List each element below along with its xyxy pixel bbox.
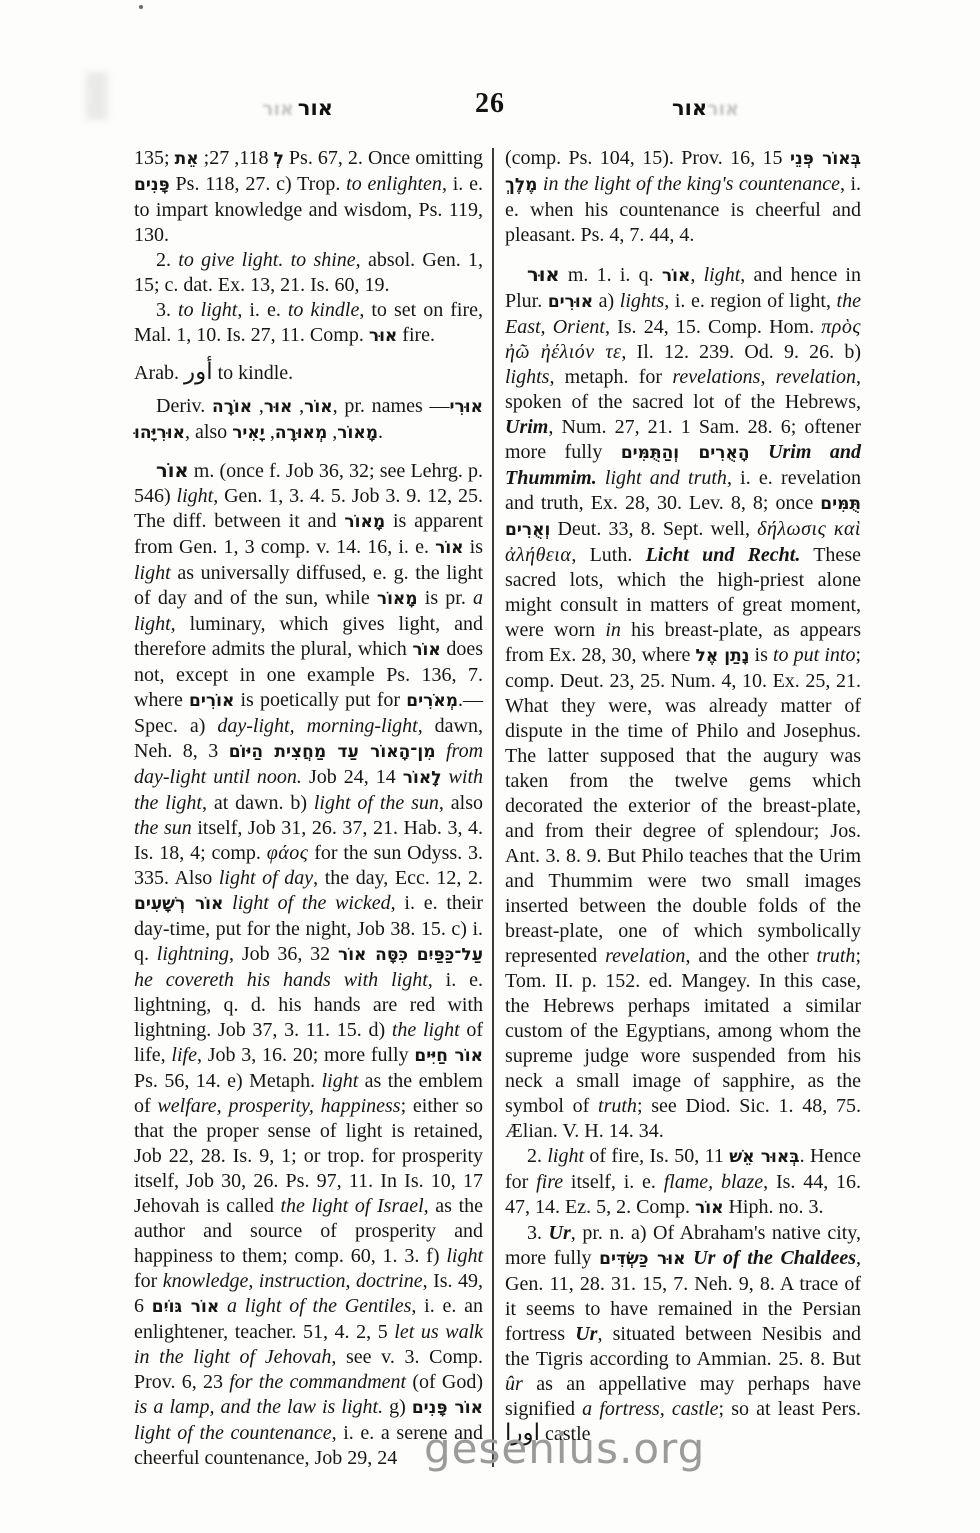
hebrew-headword-text: אור xyxy=(672,96,707,120)
dictionary-body: 135; לְ 118, 27; אֵת Ps. 67, 2. Once omi… xyxy=(134,146,862,1471)
hebrew-text: אוֹר xyxy=(662,266,690,286)
italic-text: light xyxy=(704,264,741,286)
hebrew-text: אוּר כַּשְׂדִּים xyxy=(599,1249,685,1269)
body-text: — xyxy=(430,395,450,417)
italic-text: lightning xyxy=(157,943,229,965)
arabic-text: أور xyxy=(184,359,213,385)
italic-text: light xyxy=(446,1245,483,1267)
hebrew-text: אֵת xyxy=(175,149,199,169)
body-text: 2. xyxy=(156,249,178,271)
body-text: 3. xyxy=(156,299,178,321)
italic-text: to put into xyxy=(773,644,855,666)
italic-text: the light of Israel xyxy=(280,1195,423,1217)
column-divider-rule xyxy=(492,148,494,1467)
hebrew-text: מָאוֹר xyxy=(337,423,378,443)
body-text xyxy=(750,441,768,463)
italic-text: light of day xyxy=(219,867,313,889)
dictionary-paragraph: 3. Ur, pr. n. a) Of Abraham's native cit… xyxy=(505,1221,861,1447)
body-text: ; Tom. II. p. 152. ed. Mangey. In this c… xyxy=(505,945,861,1117)
hebrew-text: מְאוּרָה xyxy=(275,423,327,443)
italic-text: is a lamp, and the law is light. xyxy=(134,1396,383,1418)
body-text: 118, 27; xyxy=(199,147,274,169)
dictionary-paragraph: (comp. Ps. 104, 15). Prov. 16, 15 בְּאוֹ… xyxy=(505,146,861,248)
hebrew-text: בְּאוּר אֵשׁ xyxy=(729,1147,799,1167)
hebrew-text: אוּר xyxy=(369,326,397,346)
italic-text: to light xyxy=(178,299,237,321)
column-right: (comp. Ps. 104, 15). Prov. 16, 15 בְּאוֹ… xyxy=(505,146,861,1471)
scan-artifact-dot xyxy=(139,5,143,9)
hebrew-text: פָּנִים xyxy=(134,175,170,195)
body-text: , xyxy=(265,421,275,443)
hebrew-text: אוּרִי xyxy=(450,397,483,417)
body-text: is xyxy=(749,644,773,666)
body-text: , also xyxy=(439,792,483,814)
dictionary-paragraph: אוּר m. 1. i. q. אוֹר, light, and hence … xyxy=(505,262,861,1144)
italic-text: lights xyxy=(505,366,549,388)
body-text: Job 24, 14 xyxy=(302,766,403,788)
italic-text: life xyxy=(171,1044,197,1066)
italic-text: to give light. to shine xyxy=(178,249,355,271)
italic-text: in xyxy=(605,619,621,641)
greek-text: φάος xyxy=(267,842,309,864)
body-text xyxy=(219,1295,227,1317)
bold-italic-text: Licht und Recht. xyxy=(646,544,801,566)
body-text: , i. e. region of light, xyxy=(664,290,836,312)
body-text: , xyxy=(690,264,703,286)
body-text: , i. e. xyxy=(237,299,288,321)
hebrew-text: לָאוֹר xyxy=(403,768,442,788)
body-text xyxy=(685,1247,693,1269)
body-text: , xyxy=(292,395,304,417)
body-text: , pr. names xyxy=(333,395,430,417)
hebrew-text: לְ xyxy=(274,149,284,169)
body-text: Deut. 33, 8. Sept. well, xyxy=(550,518,757,540)
italic-text: to kindle xyxy=(288,299,359,321)
hebrew-text: אוֹר גּוֹיִם xyxy=(152,1297,219,1317)
body-text: Hiph. no. 3. xyxy=(723,1196,823,1218)
body-text: 135; xyxy=(134,147,175,169)
dictionary-paragraph: 3. to light, i. e. to kindle, to set on … xyxy=(134,298,483,349)
italic-text: light xyxy=(177,485,214,507)
body-text: , and the other xyxy=(685,945,816,967)
italic-text: ûr xyxy=(505,1373,523,1395)
hebrew-text: אוּרִיָּהוּ xyxy=(134,423,185,443)
hebrew-text: מִן־הָאוֹר עַד מַחֲצִית הַיּוֹם xyxy=(229,742,436,762)
bold-italic-text: Ur xyxy=(549,1222,571,1244)
body-text: , Job 3, 16. 20; more fully xyxy=(197,1044,414,1066)
hebrew-text: אוֹר xyxy=(412,640,440,660)
italic-text: a light of the Gentiles xyxy=(227,1295,411,1317)
hebrew-text: אוּר xyxy=(264,397,292,417)
italic-text: light and truth xyxy=(605,467,727,489)
page-number: 26 xyxy=(0,88,980,120)
page-header: אוראור 26 אוראור xyxy=(0,88,980,128)
body-text xyxy=(442,766,449,788)
italic-text: welfare, prosperity, happiness xyxy=(157,1095,400,1117)
scan-ghost-text: אור xyxy=(707,98,739,120)
body-text: (comp. Ps. 104, 15). Prov. 16, 15 xyxy=(505,147,790,169)
body-text: g) xyxy=(383,1396,412,1418)
hebrew-text: מְאֹרִים xyxy=(406,691,458,711)
body-text: fire. xyxy=(397,324,435,346)
italic-text: lights xyxy=(620,290,664,312)
italic-text: revelations, revelation xyxy=(672,366,856,388)
body-text: m. 1. i. q. xyxy=(560,264,662,286)
hebrew-text: אוֹרָה xyxy=(212,397,252,417)
hebrew-text: אוּרִים xyxy=(548,292,593,312)
body-text: , the day, Ecc. 12, 2. xyxy=(313,867,483,889)
italic-text: light xyxy=(134,562,171,584)
body-text: , Job 36, 32 xyxy=(229,943,338,965)
body-text: , Il. 12. 239. Od. 9. 26. b) xyxy=(621,341,861,363)
italic-text: in the light of the king's countenance xyxy=(543,173,840,195)
italic-text: fire xyxy=(536,1171,563,1193)
body-text: ; comp. Deut. 23, 25. Num. 4, 10. Ex. 25… xyxy=(505,644,861,967)
dictionary-paragraph: 2. to give light. to shine, absol. Gen. … xyxy=(134,248,483,298)
body-text xyxy=(436,740,446,762)
body-text xyxy=(597,467,605,489)
italic-text: revelation xyxy=(605,945,685,967)
italic-text: the sun xyxy=(134,817,192,839)
hebrew-text: יָאִיר xyxy=(232,423,265,443)
italic-text: light xyxy=(547,1145,584,1167)
hebrew-text: נָתַן אֶל xyxy=(696,646,750,666)
body-text: is poetically put for xyxy=(234,689,406,711)
italic-text: a fortress, castle xyxy=(582,1398,718,1420)
hebrew-headword: אוּר xyxy=(527,263,560,286)
body-text: is xyxy=(464,536,483,558)
italic-text: for the commandment xyxy=(229,1371,406,1393)
hebrew-text: הָאֻרִים וְהַתֻּמִּים xyxy=(621,443,750,463)
italic-text: light of the wicked xyxy=(232,892,390,914)
hebrew-text: אוֹר xyxy=(435,538,463,558)
body-text: . xyxy=(378,421,383,443)
body-text: Deriv. xyxy=(156,395,212,417)
body-text: , xyxy=(252,395,264,417)
body-text: a) xyxy=(593,290,620,312)
hebrew-text: אוֹר פָּנִים xyxy=(412,1398,483,1418)
hebrew-text: אוֹר xyxy=(695,1198,723,1218)
hebrew-text: מָאוֹר xyxy=(377,589,418,609)
body-text: itself, i. e. xyxy=(563,1171,664,1193)
hebrew-text: מָאוֹר xyxy=(344,512,385,532)
dictionary-paragraph: 135; לְ 118, 27; אֵת Ps. 67, 2. Once omi… xyxy=(134,146,483,248)
italic-text: the light xyxy=(392,1019,460,1041)
dictionary-paragraph: 2. light of fire, Is. 50, 11 בְּאוּר אֵש… xyxy=(505,1144,861,1221)
italic-text: day-light, morning-light xyxy=(217,715,417,737)
italic-text: to enlighten xyxy=(346,173,442,195)
body-text: Ps. 67, 2. Once omitting xyxy=(284,147,483,169)
italic-text: flame, blaze xyxy=(664,1171,763,1193)
body-text: (of God) xyxy=(406,1371,483,1393)
body-text: to kindle. xyxy=(213,362,294,384)
body-text: , also xyxy=(185,421,232,443)
bold-italic-text: Ur of the Chaldees xyxy=(693,1247,856,1269)
bold-italic-text: Ur xyxy=(575,1323,597,1345)
body-text: , metaph. for xyxy=(549,366,672,388)
body-text: , Is. 24, 15. Comp. Hom. xyxy=(605,316,821,338)
body-text: for xyxy=(134,1270,163,1292)
body-text: , Luth. xyxy=(571,544,645,566)
italic-text: truth xyxy=(598,1095,637,1117)
dictionary-paragraph: אוֹר m. (once f. Job 36, 32; see Lehrg. … xyxy=(134,458,483,1471)
hebrew-text: עַל־כַּפַּיִם כִּסָּה אוֹר xyxy=(338,945,483,965)
italic-text: light of the countenance xyxy=(134,1422,332,1444)
italic-text: light xyxy=(322,1070,359,1092)
hebrew-text: אוֹר חַיִּים xyxy=(414,1046,483,1066)
dictionary-paragraph: Deriv. אוֹר, אוּר, אוֹרָה, pr. names אוּ… xyxy=(134,394,483,446)
italic-text: he covereth his hands with light xyxy=(134,969,428,991)
hebrew-text: אוֹר רְשָׁעִים xyxy=(134,894,223,914)
hebrew-headword: אוֹר xyxy=(156,459,189,482)
hebrew-text: אוֹרִים xyxy=(189,691,234,711)
column-left: 135; לְ 118, 27; אֵת Ps. 67, 2. Once omi… xyxy=(134,146,483,1471)
body-text: 3. xyxy=(527,1222,549,1244)
body-text: Ps. 56, 14. e) Metaph. xyxy=(134,1070,322,1092)
italic-text: truth xyxy=(817,945,856,967)
watermark: gesenius.org xyxy=(424,1424,705,1473)
body-text: , at dawn. b) xyxy=(202,792,314,814)
dictionary-paragraph: Arab. أور to kindle. xyxy=(134,361,483,386)
bold-italic-text: Urim xyxy=(505,416,548,438)
body-text: Arab. xyxy=(134,362,184,384)
body-text: ; so at least Pers. xyxy=(719,1398,862,1420)
hebrew-text: אוֹר xyxy=(304,397,332,417)
body-text: Ps. 118, 27. c) Trop. xyxy=(170,173,346,195)
body-text: of fire, Is. 50, 11 xyxy=(584,1145,729,1167)
running-head-hebrew-right: אוראור xyxy=(672,96,743,120)
body-text xyxy=(223,892,232,914)
italic-text: knowledge, instruction, doctrine xyxy=(163,1270,423,1292)
body-text: , xyxy=(327,421,337,443)
body-text: 2. xyxy=(527,1145,547,1167)
body-text: is pr. xyxy=(418,587,473,609)
italic-text: light of the sun xyxy=(314,792,439,814)
